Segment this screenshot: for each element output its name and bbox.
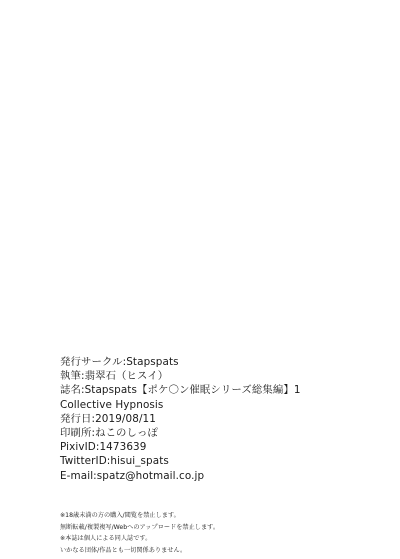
doujinshi-notice: ※本誌は個人による同人誌です。 [60, 533, 219, 545]
publication-title: 誌名:Stapspats【ポケ〇ン催眠シリーズ総集編】1 [60, 383, 301, 397]
publish-date: 発行日:2019/08/11 [60, 412, 301, 426]
twitter-id: TwitterID:hisui_spats [60, 454, 301, 468]
circle-name: 発行サークル:Stapspats [60, 355, 301, 369]
colophon-block: 発行サークル:Stapspats 執筆:翡翠石（ヒスイ） 誌名:Stapspat… [60, 355, 301, 483]
pixiv-id: PixivID:1473639 [60, 440, 301, 454]
notices-block: ※18歳未満の方の購入/閲覧を禁止します。 無断転載/複製複写/Webへのアップ… [60, 510, 219, 556]
email: E-mail:spatz@hotmail.co.jp [60, 469, 301, 483]
reproduction-notice: 無断転載/複製複写/Webへのアップロードを禁止します。 [60, 522, 219, 534]
publication-subtitle: Collective Hypnosis [60, 398, 301, 412]
printer: 印刷所:ねこのしっぽ [60, 426, 301, 440]
affiliation-disclaimer: いかなる団体/作品とも一切関係ありません。 [60, 545, 219, 557]
age-restriction-notice: ※18歳未満の方の購入/閲覧を禁止します。 [60, 510, 219, 522]
author: 執筆:翡翠石（ヒスイ） [60, 369, 301, 383]
